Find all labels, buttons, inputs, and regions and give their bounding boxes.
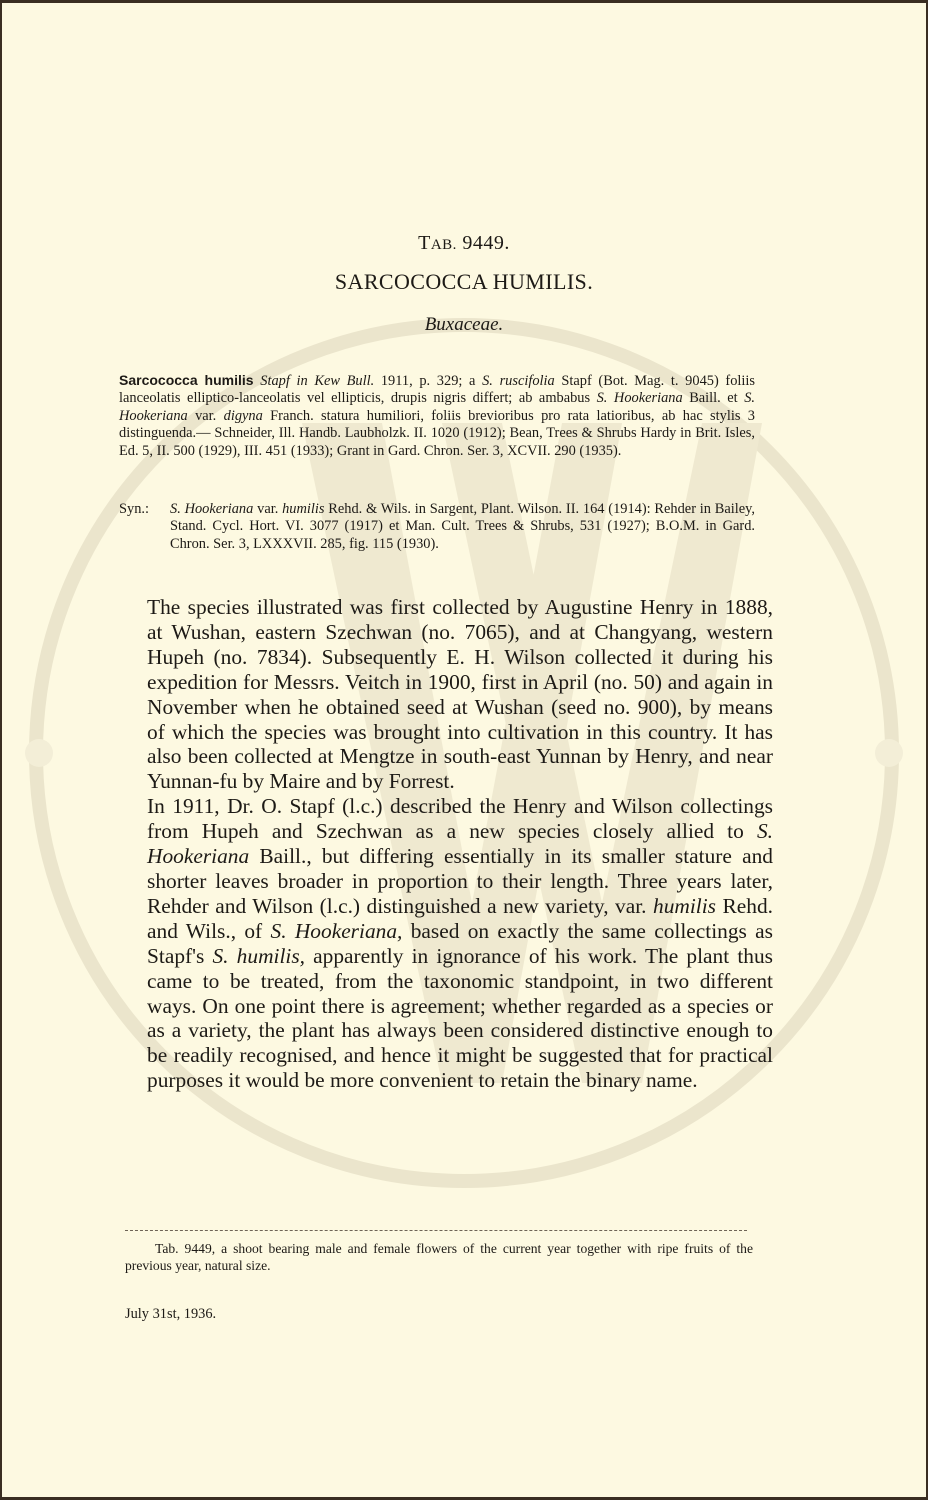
species-title: SARCOCOCCA HUMILIS. <box>2 269 926 295</box>
citation-paragraph: Sarcococca humilis Stapf in Kew Bull. 19… <box>119 372 755 460</box>
plate-number-heading: TAB. 9449. <box>2 232 926 255</box>
publication-date: July 31st, 1936. <box>125 1306 216 1323</box>
document-page: TAB. 9449. SARCOCOCCA HUMILIS. Buxaceae.… <box>2 3 926 1497</box>
synonymy-label: Syn.: <box>119 501 170 553</box>
plate-label: TAB. <box>418 232 457 254</box>
caption-text: Tab. 9449, a shoot bearing male and fema… <box>125 1240 753 1274</box>
body-paragraph: The species illustrated was first collec… <box>147 595 773 794</box>
plate-number: 9449. <box>462 232 510 254</box>
citation-species-name: Sarcococca humilis <box>119 372 254 388</box>
synonymy-text: S. Hookeriana var. humilis Rehd. & Wils.… <box>170 501 755 553</box>
plate-caption: Tab. 9449, a shoot bearing male and fema… <box>125 1240 753 1274</box>
synonymy-block: Syn.: S. Hookeriana var. humilis Rehd. &… <box>119 501 755 553</box>
body-text: The species illustrated was first collec… <box>147 595 773 1093</box>
family-name: Buxaceae. <box>2 314 926 336</box>
body-paragraph: In 1911, Dr. O. Stapf (l.c.) described t… <box>147 794 773 1093</box>
divider-rule <box>125 1230 747 1231</box>
